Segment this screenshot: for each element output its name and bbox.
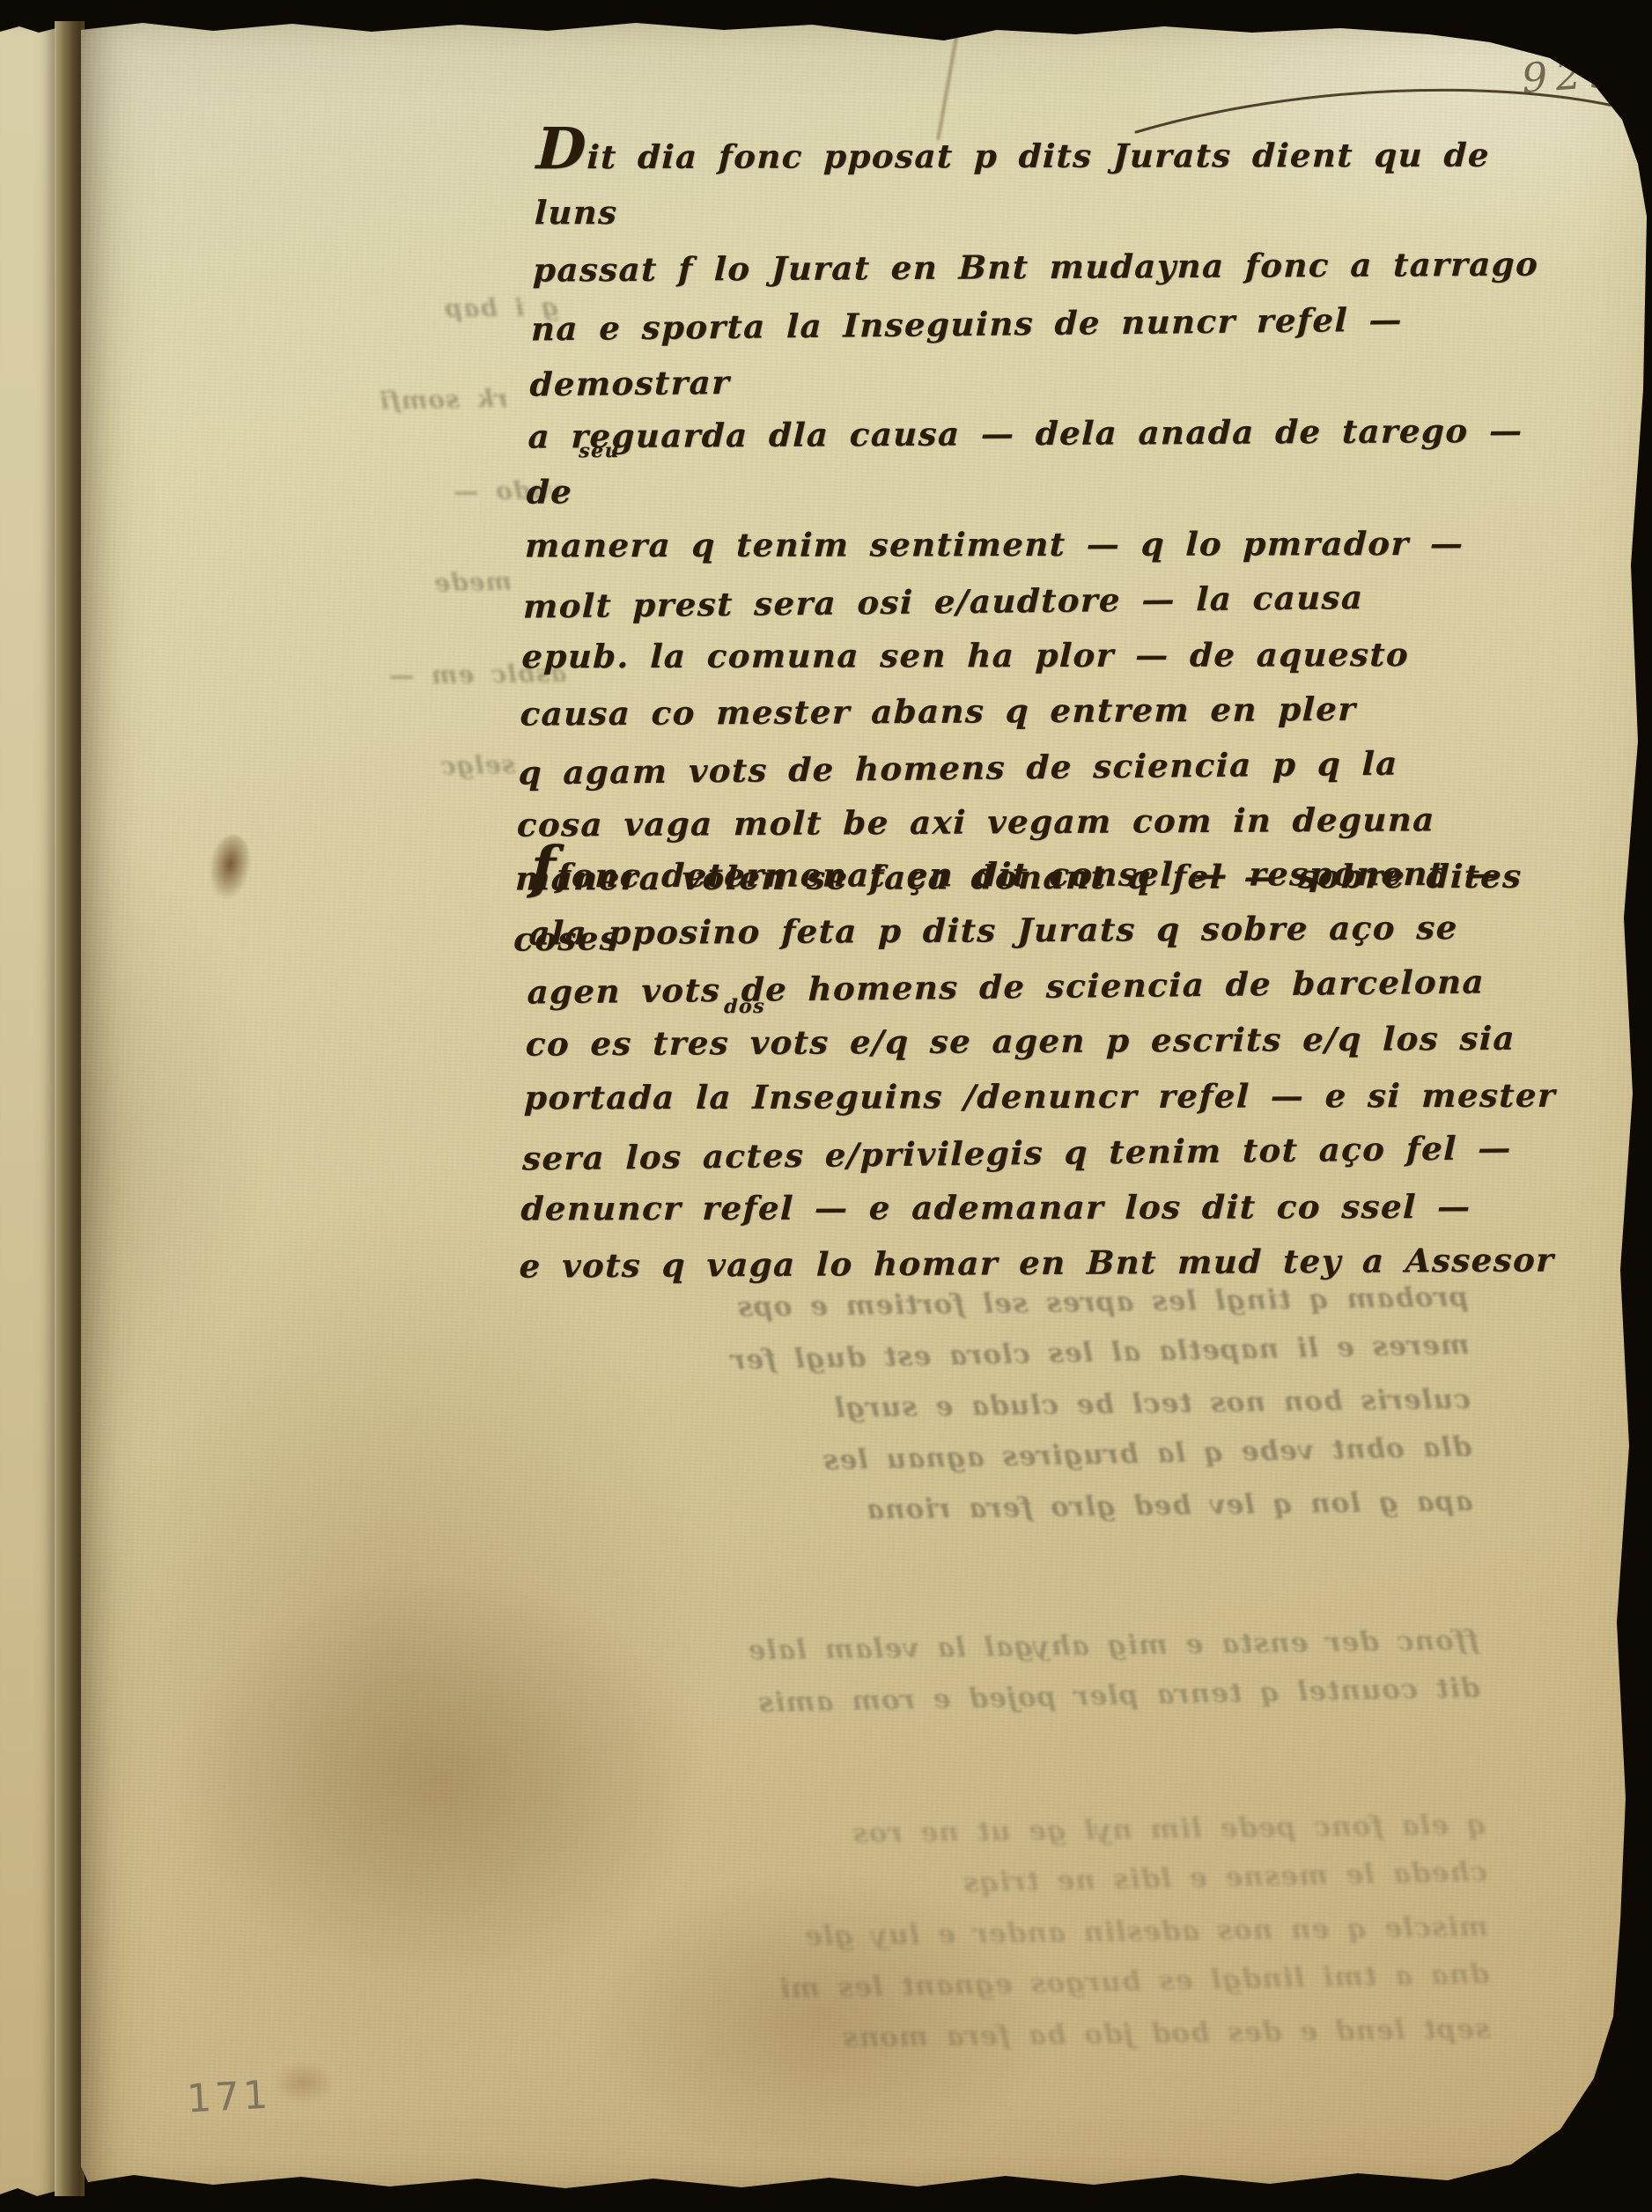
manuscript-line: Dit dia fonc pposat p dits Jurats dient …	[534, 128, 1576, 241]
paper-crease	[936, 23, 960, 141]
entry-paragraph-1: Dit dia fonc pposat p dits Jurats dient …	[513, 125, 1575, 963]
manuscript-line: ffonc determenat en dit consel — respone…	[529, 846, 1570, 904]
binding-gutter	[55, 21, 85, 2196]
manuscript-line: sera los actes e/privilegis q tenim tot …	[521, 1120, 1562, 1187]
manuscript-line: a reguarda dla causa — dela anada de tar…	[526, 402, 1568, 520]
verso-showthrough-middle: probam q tingl les apres sel fortiem e o…	[473, 1268, 1473, 1545]
manuscript-line: molt prest sera osi e/audtore — la causa	[522, 568, 1563, 635]
manuscript-line: causa co mester abans q entrem en pler	[520, 680, 1560, 741]
verso-showthrough-lower: ffonc der ensta e mig ahygal la velam la…	[457, 1611, 1480, 1735]
manuscript-line: co es tres vots e/q se agen p escrits e/…	[525, 1010, 1566, 1072]
manuscript-line: q agam vots de homens de sciencia p q la	[518, 734, 1559, 801]
verso-showthrough-margin: g i bap rk somfi vado — mede asblc em — …	[171, 260, 570, 817]
manuscript-page: g i bap rk somfi vado — mede asblc em — …	[81, 19, 1652, 2193]
verso-showthrough-bottom: q ela fonc pede lim nyl ge ut ne ros che…	[376, 1795, 1491, 2074]
showthrough-line: asblc em —	[179, 628, 567, 725]
manuscript-line: e vots q vaga lo homar en Bnt mud tey a …	[519, 1232, 1560, 1294]
manuscript-line: denuncr refel — e ademanar los dit co ss…	[520, 1179, 1561, 1237]
interlinear-note: dos	[724, 997, 766, 1016]
showthrough-line: selgc	[180, 719, 516, 818]
manuscript-line: passat f lo Jurat en Bnt mudayna fonc a …	[532, 236, 1573, 298]
ink-blot-stain	[204, 832, 255, 903]
showthrough-line: rk somfi	[173, 353, 509, 452]
damp-stain	[273, 2062, 335, 2103]
photo-backdrop: g i bap rk somfi vado — mede asblc em — …	[0, 0, 1652, 2212]
interlinear-note: seu	[579, 441, 621, 461]
manuscript-line: ala pposino feta p dits Jurats q sobre a…	[528, 899, 1569, 961]
showthrough-line: vado —	[174, 445, 563, 542]
folio-number-pencil: 171	[186, 2073, 273, 2122]
entry-paragraph-2: ffonc determenat en dit consel — respone…	[519, 844, 1570, 1294]
showthrough-line: mede	[176, 536, 513, 635]
manuscript-line: epub. la comuna sen ha plor — de aquesto	[520, 627, 1561, 685]
showthrough-line: g i bap	[171, 262, 559, 358]
facing-page-edge	[0, 25, 56, 2198]
manuscript-line: agen vots de homens de sciencia de barce…	[527, 953, 1567, 1020]
manuscript-line: na e sporta la Inseguins de nuncr refel …	[529, 290, 1571, 412]
manuscript-line: portada la Inseguins /denuncr refel — e …	[523, 1068, 1564, 1126]
manuscript-line: manera q tenim sentiment — q lo pmrador …	[524, 516, 1565, 574]
manuscript-line: cosa vaga molt be axi vegam com in degun…	[516, 791, 1557, 852]
folio-number-ink: 929	[1520, 48, 1624, 102]
